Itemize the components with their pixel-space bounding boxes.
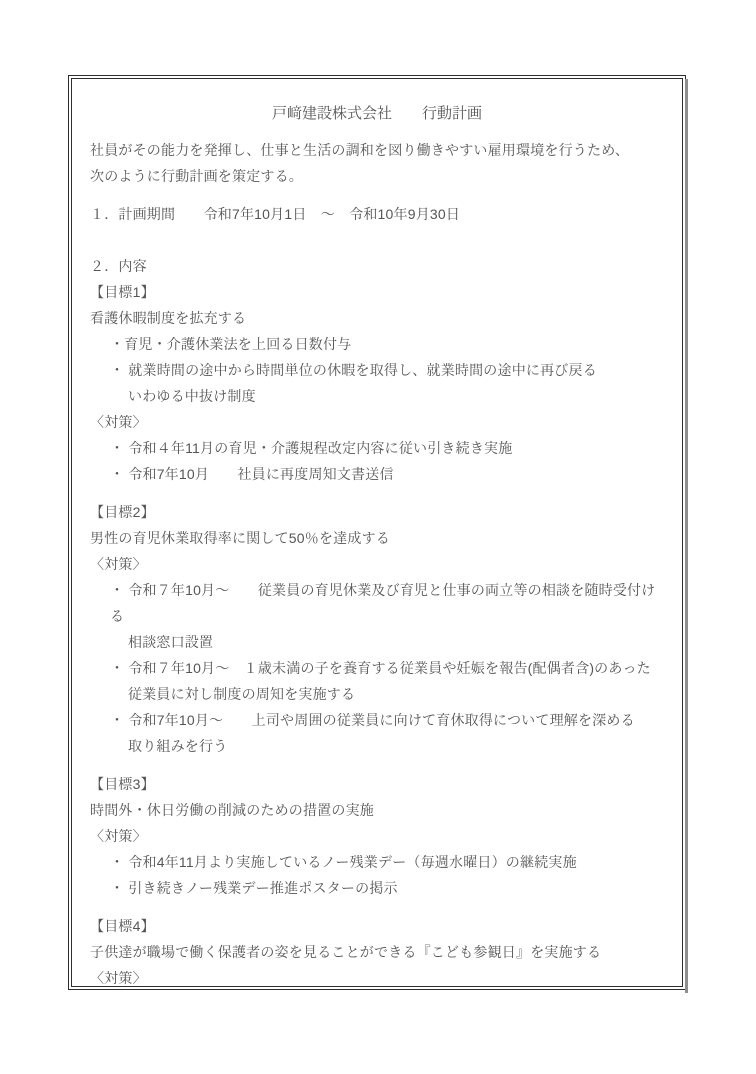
goal-section-3: 【目標3】 時間外・休日労働の削減のための措置の実施 〈対策〉 ・ 令和4年11… [90,771,664,901]
intro-line: 次のように行動計画を策定する。 [90,163,664,189]
goal-statement: 看護休暇制度を拡充する [90,305,664,331]
goal-statement: 時間外・休日労働の削減のための措置の実施 [90,797,664,823]
measure-continuation: 取り組みを行う [90,733,664,759]
detail-continuation: いわゆる中抜け制度 [90,383,664,409]
goal-label: 【目標2】 [90,499,664,525]
measure-item: ・ 令和4年11月より実施しているノー残業デー（毎週水曜日）の継続実施 [90,849,664,875]
goal-section-4: 【目標4】 子供達が職場で働く保護者の姿を見ることができる『こども参観日』を実施… [90,913,664,987]
plan-period-line: １．計画期間 令和7年10月1日 ～ 令和10年9月30日 [90,201,664,227]
measure-item: ・ 引き続きノー残業デー推進ポスターの掲示 [90,875,664,901]
measures-label: 〈対策〉 [90,409,664,435]
goal-statement: 男性の育児休業取得率に関して50％を達成する [90,525,664,551]
document-frame: 戸﨑建設株式会社 行動計画 社員がその能力を発揮し、仕事と生活の調和を図り働きや… [68,75,686,990]
goal-label: 【目標4】 [90,913,664,939]
measure-item: ・ 令和７年10月～ 従業員の育児休業及び育児と仕事の両立等の相談を随時受付ける [90,577,664,629]
measure-continuation: 従業員に対し制度の周知を実施する [90,681,664,707]
measures-label: 〈対策〉 [90,823,664,849]
goal-section-2: 【目標2】 男性の育児休業取得率に関して50％を達成する 〈対策〉 ・ 令和７年… [90,499,664,759]
content-heading: ２．内容 [90,253,664,279]
measure-item: ・ 令和４年11月の育児・介護規程改定内容に従い引き続き実施 [90,435,664,461]
measure-item: ・ 令和7年10月 社員に再度周知文書送信 [90,461,664,487]
document-body: 戸﨑建設株式会社 行動計画 社員がその能力を発揮し、仕事と生活の調和を図り働きや… [71,78,683,987]
measures-label: 〈対策〉 [90,551,664,577]
goal-label: 【目標1】 [90,279,664,305]
measures-label: 〈対策〉 [90,965,664,987]
measure-item: ・ 令和7年10月～ 上司や周囲の従業員に向けて育休取得について理解を深める [90,707,664,733]
goal-label: 【目標3】 [90,771,664,797]
measure-item: ・ 令和７年10月～ １歳未満の子を養育する従業員や妊娠を報告(配偶者含)のあっ… [90,655,664,681]
detail-item: ・育児・介護休業法を上回る日数付与 [90,331,664,357]
goal-statement: 子供達が職場で働く保護者の姿を見ることができる『こども参観日』を実施する [90,939,664,965]
goal-section-1: 【目標1】 看護休暇制度を拡充する ・育児・介護休業法を上回る日数付与 ・ 就業… [90,279,664,487]
detail-item: ・ 就業時間の途中から時間単位の休暇を取得し、就業時間の途中に再び戻る [90,357,664,383]
measure-continuation: 相談窓口設置 [90,629,664,655]
document-title: 戸﨑建設株式会社 行動計画 [90,101,664,127]
intro-line: 社員がその能力を発揮し、仕事と生活の調和を図り働きやすい雇用環境を行うため、 [90,137,664,163]
document-page: { "document": { "title": "戸﨑建設株式会社 行動計画"… [0,0,756,1074]
